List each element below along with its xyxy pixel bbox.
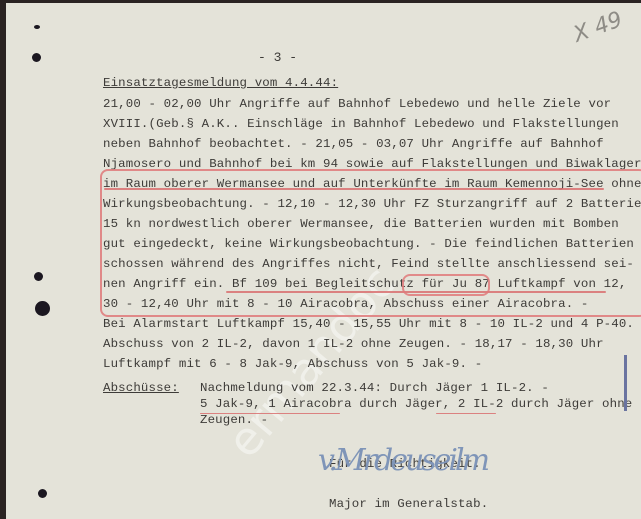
report-line: 21,00 - 02,00 Uhr Angriffe auf Bahnhof L… [103,97,611,111]
signer-title: Major im Generalstab. [329,497,488,511]
signature: v.Mrdeuseilm [318,443,487,478]
abschuesse-label: Abschüsse: [103,381,179,395]
red-circle-mark [402,274,490,296]
report-line: Luftkampf mit 6 - 8 Jak-9, Abschuss von … [103,357,482,371]
report-line: Abschuss von 2 IL-2, davon 1 IL-2 ohne Z… [103,337,604,351]
abschuesse-line: 5 Jak-9, 1 Airacobra durch Jäger, 2 IL-2… [200,397,632,411]
punch-hole [34,25,40,29]
abschuesse-line: Nachmeldung vom 22.3.44: Durch Jäger 1 I… [200,381,549,395]
punch-hole [38,489,47,498]
punch-hole [35,301,50,316]
report-line: neben Bahnhof beobachtet. - 21,05 - 03,0… [103,137,604,151]
report-heading: Einsatztagesmeldung vom 4.4.44: [103,76,338,90]
punch-hole [34,272,43,281]
page-number: - 3 - [258,50,297,65]
red-underline [200,413,340,414]
abschuesse-line: Zeugen. - [200,413,268,427]
red-underline [104,188,604,190]
red-underline [436,413,496,414]
blue-pencil-mark [624,355,627,411]
pencil-annotation: X 49 [570,7,626,48]
red-pencil-bracket [100,169,641,317]
report-line: Bei Alarmstart Luftkampf 15,40 - 15,55 U… [103,317,634,331]
document-page: ermandoc X 49 - 3 - Einsatztagesmeldung … [6,3,641,519]
punch-hole [32,53,41,62]
report-line: XVIII.(Geb.§ A.K.. Einschläge in Bahnhof… [103,117,619,131]
